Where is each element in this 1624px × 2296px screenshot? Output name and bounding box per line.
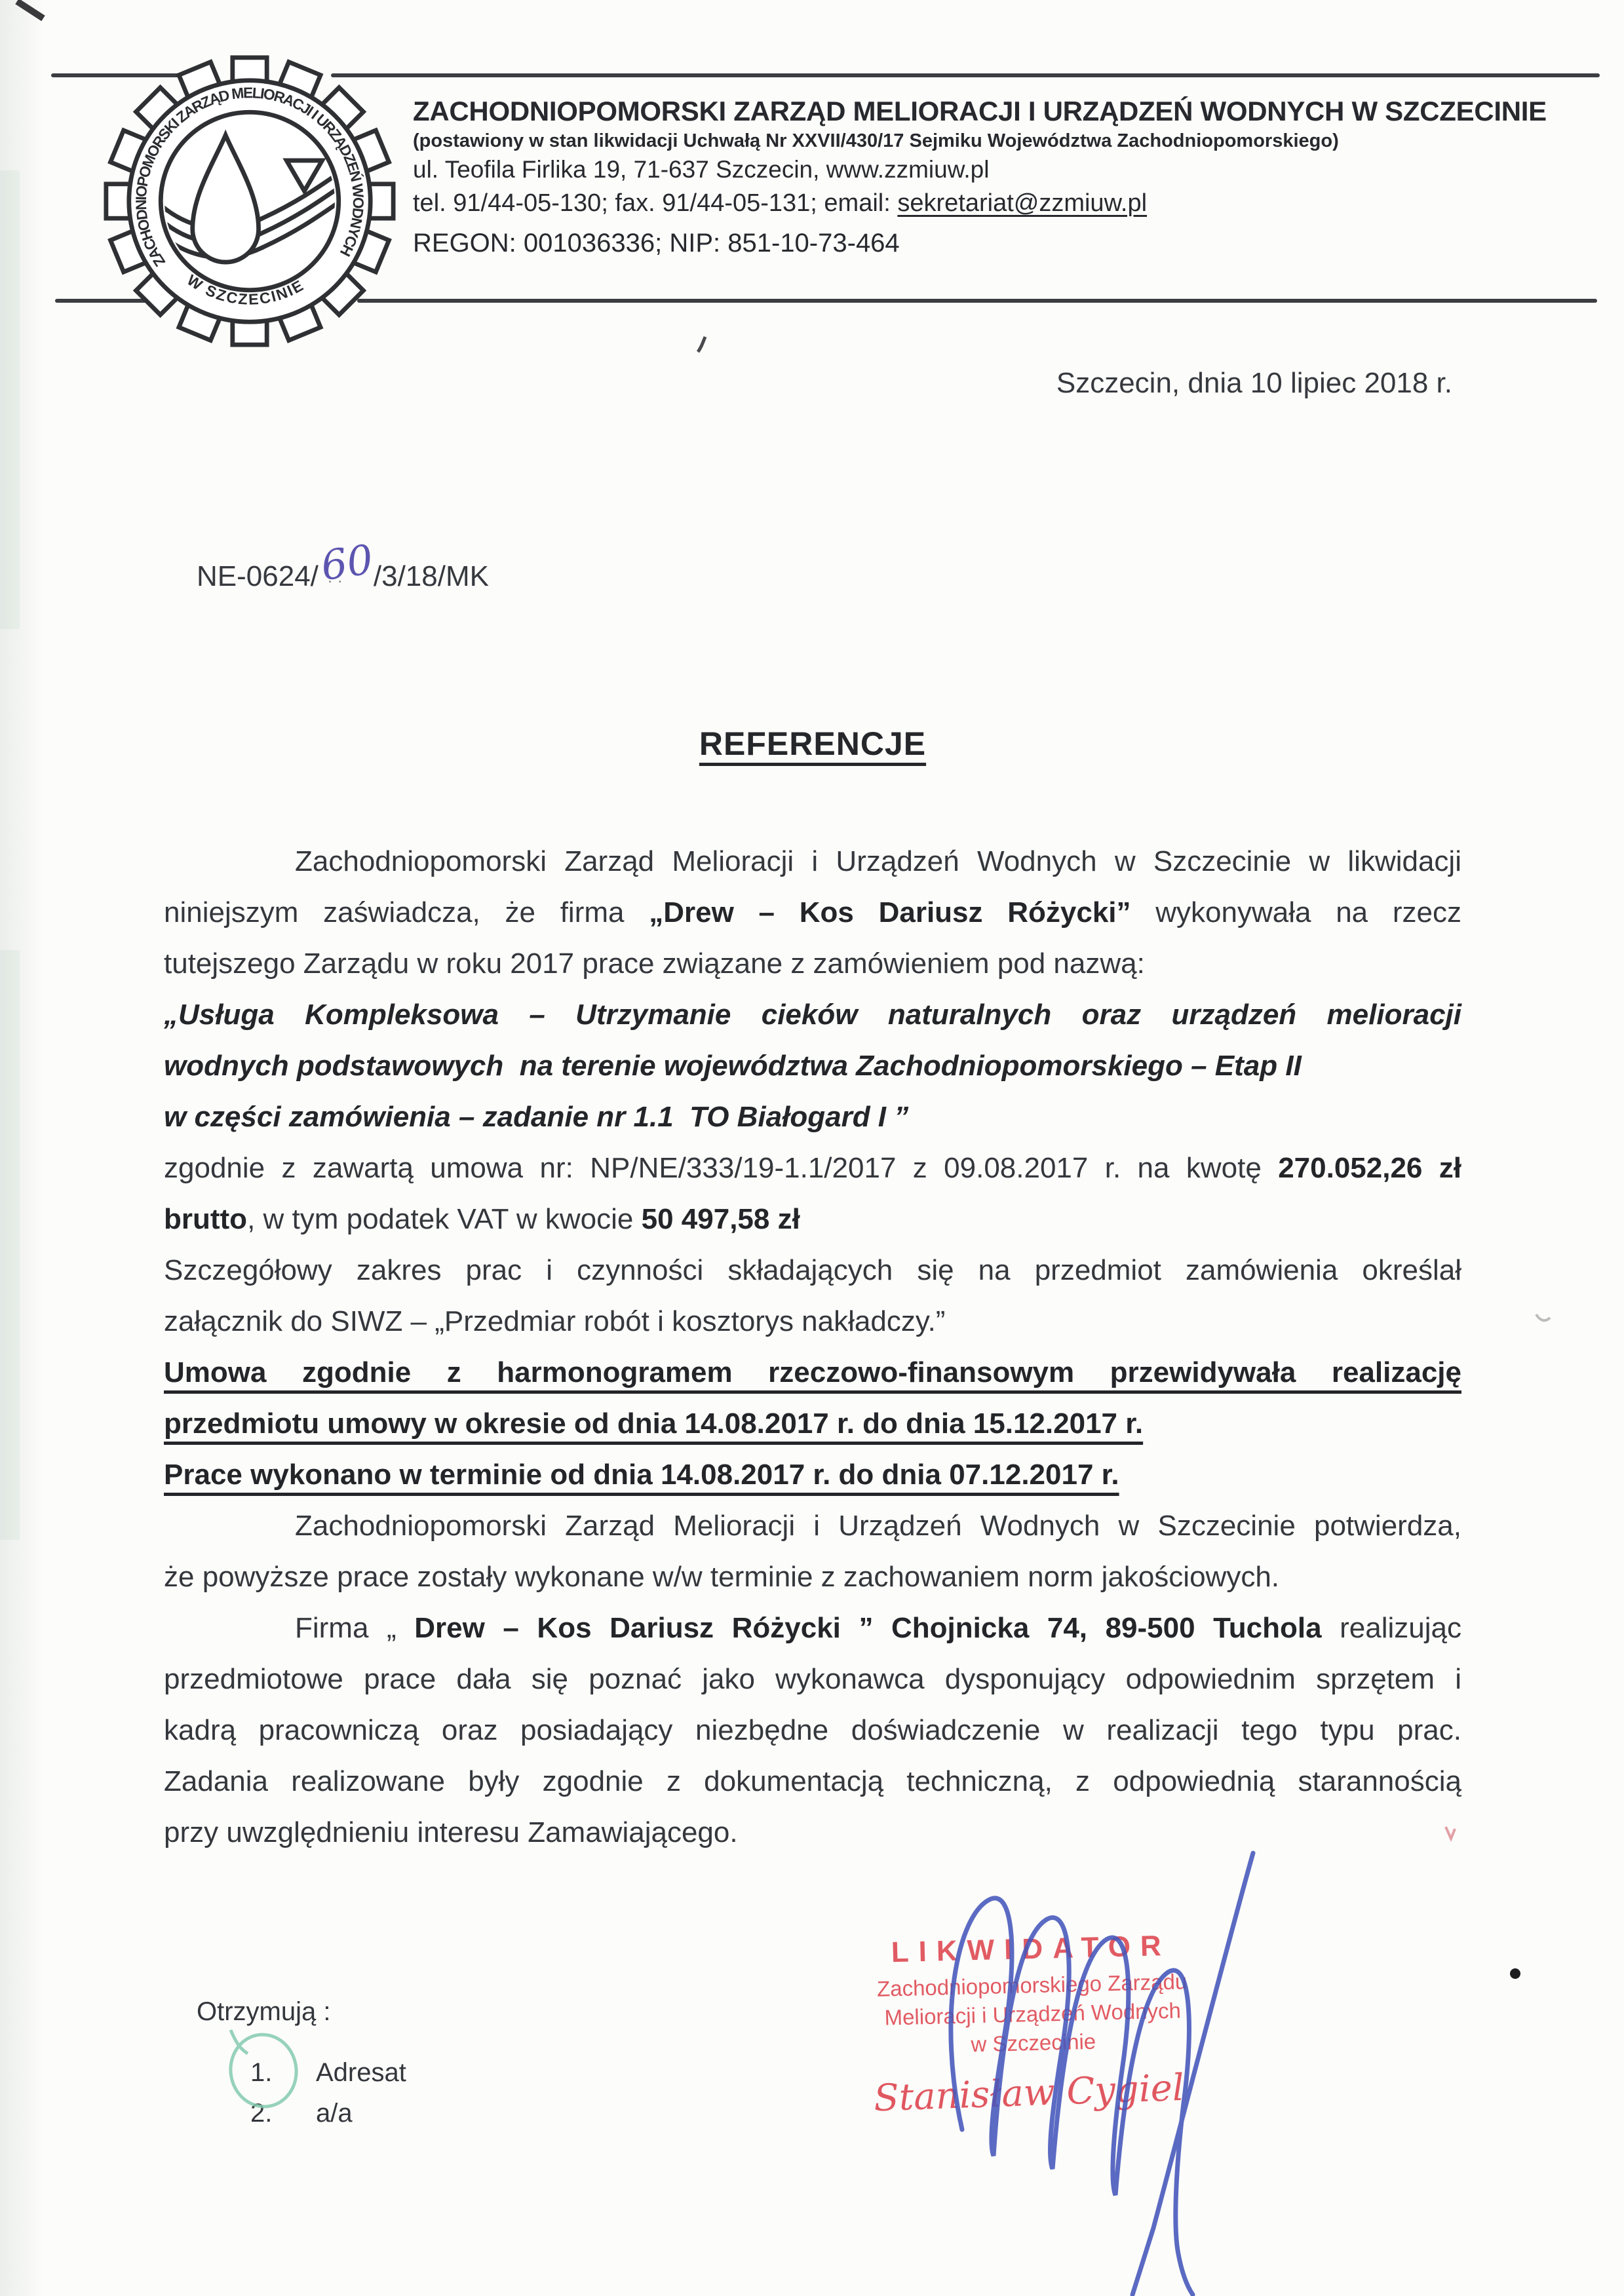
org-status-line: (postawiony w stan likwidacji Uchwałą Nr… (413, 130, 1339, 152)
body-text-segment: wykonywała na rzecz (1131, 896, 1461, 928)
body-line: że powyższe prace zostały wykonane w/w t… (164, 1552, 1461, 1603)
body-line: „Usługa Kompleksowa – Utrzymanie cieków … (164, 989, 1461, 1041)
body-text-segment: że powyższe prace zostały wykonane w/w t… (164, 1561, 1279, 1593)
body-text-segment: Zachodniopomorski Zarząd Melioracji i Ur… (295, 845, 1461, 877)
letter-body: Zachodniopomorski Zarząd Melioracji i Ur… (164, 836, 1461, 1858)
body-line: przedmiotu umowy w okresie od dnia 14.08… (164, 1398, 1461, 1449)
body-line: w części zamówienia – zadanie nr 1.1 TO … (164, 1092, 1461, 1143)
distribution-item: 1.Adresat (250, 2052, 406, 2093)
org-address: ul. Teofila Firlika 19, 71-637 Szczecin,… (413, 156, 989, 183)
distribution-item-number: 1. (250, 2052, 316, 2093)
distribution-item-text: a/a (316, 2093, 353, 2133)
body-text-segment: „Usługa Kompleksowa – Utrzymanie cieków … (164, 999, 1461, 1031)
stamp-signatory-name: Stanisław Cygiel (805, 2064, 1252, 2122)
body-text-segment: zgodnie z zawartą umowa nr: NP/NE/333/19… (164, 1152, 1278, 1184)
org-phone-fax: tel. 91/44-05-130; fax. 91/44-05-131; em… (413, 189, 897, 217)
letterhead-bottom-rule (357, 299, 1597, 303)
organization-logo-gear-waterdrop-icon: ZACHODNIOPOMORSKI ZARZĄD MELIORACJI I UR… (104, 55, 396, 347)
distribution-item: 2.a/a (250, 2093, 406, 2133)
distribution-list: 1.Adresat2.a/a (250, 2052, 406, 2133)
body-line: tutejszego Zarządu w roku 2017 prace zwi… (164, 938, 1461, 989)
body-text-segment: Zachodniopomorski Zarząd Melioracji i Ur… (295, 1510, 1461, 1542)
org-email: sekretariat@zzmiuw.pl (897, 189, 1147, 217)
body-line: kadrą pracowniczą oraz posiadający niezb… (164, 1705, 1461, 1756)
body-text-segment: Zadania realizowane były zgodnie z dokum… (164, 1765, 1461, 1797)
distribution-label: Otrzymują : (197, 1997, 330, 2027)
body-line: Szczegółowy zakres prac i czynności skła… (164, 1245, 1461, 1296)
body-line: Prace wykonano w terminie od dnia 14.08.… (164, 1449, 1461, 1501)
letterhead-top-rule (331, 73, 1600, 77)
body-text-segment: przy uwzględnieniu interesu Zamawiająceg… (164, 1816, 738, 1848)
document-title: REFERENCJE (164, 725, 1461, 763)
body-text-segment: przedmiotowe prace dała się poznać jako … (164, 1663, 1461, 1695)
body-text-segment: tutejszego Zarządu w roku 2017 prace zwi… (164, 947, 1145, 980)
scan-smudge (0, 170, 20, 629)
body-text-segment: Drew – Kos Dariusz Różycki ” Chojnicka 7… (414, 1612, 1321, 1644)
body-line: brutto, w tym podatek VAT w kwocie 50 49… (164, 1194, 1461, 1245)
body-text-segment: Umowa zgodnie z harmonogramem rzeczowo-f… (164, 1356, 1461, 1388)
body-line: zgodnie z zawartą umowa nr: NP/NE/333/19… (164, 1143, 1461, 1194)
gray-speck (1536, 1314, 1550, 1320)
body-line: Firma „ Drew – Kos Dariusz Różycki ” Cho… (164, 1603, 1461, 1654)
body-text-segment: Prace wykonano w terminie od dnia 14.08.… (164, 1459, 1119, 1491)
handwritten-number: ..60 (319, 550, 374, 586)
body-line: Zachodniopomorski Zarząd Melioracji i Ur… (164, 1501, 1461, 1552)
body-text-segment: „Drew – Kos Dariusz Różycki” (649, 896, 1131, 928)
body-line: Umowa zgodnie z harmonogramem rzeczowo-f… (164, 1347, 1461, 1398)
body-text-segment: realizując (1322, 1612, 1461, 1644)
body-line: przedmiotowe prace dała się poznać jako … (164, 1654, 1461, 1705)
distribution-item-number: 2. (250, 2093, 316, 2133)
stamp-role: LIKWIDATOR (815, 1928, 1248, 1971)
apostrophe-speck (698, 337, 705, 352)
scan-smudge (0, 950, 20, 1540)
date-line: Szczecin, dnia 10 lipiec 2018 r. (786, 367, 1452, 400)
body-text-segment: , w tym podatek VAT w kwocie (247, 1203, 642, 1235)
body-text-segment: 270.052,26 zł (1278, 1152, 1461, 1184)
body-line: niniejszym zaświadcza, że firma „Drew – … (164, 887, 1461, 938)
body-line: załącznik do SIWZ – „Przedmiar robót i k… (164, 1296, 1461, 1347)
reference-prefix: NE-0624/ (197, 560, 319, 592)
org-regon-nip: REGON: 001036336; NIP: 851-10-73-464 (413, 229, 900, 258)
body-text-segment: załącznik do SIWZ – „Przedmiar robót i k… (164, 1305, 945, 1337)
body-text-segment: brutto (164, 1203, 247, 1235)
scanned-letter-page: { "colors": { "ink": "#33363b", "stamp_r… (0, 0, 1624, 2296)
liquidator-stamp: LIKWIDATOR Zachodniopomorskiego Zarządu … (815, 1928, 1250, 2063)
body-line: wodnych podstawowych na terenie wojewódz… (164, 1041, 1461, 1092)
body-line: Zadania realizowane były zgodnie z dokum… (164, 1756, 1461, 1807)
body-text-segment: wodnych podstawowych na terenie wojewódz… (164, 1050, 1302, 1082)
body-line: przy uwzględnieniu interesu Zamawiająceg… (164, 1807, 1461, 1858)
body-text-segment: Szczegółowy zakres prac i czynności skła… (164, 1254, 1461, 1286)
body-text-segment: przedmiotu umowy w okresie od dnia 14.08… (164, 1407, 1143, 1440)
body-text-segment: w części zamówienia – zadanie nr 1.1 TO … (164, 1101, 908, 1133)
org-contact-line: tel. 91/44-05-130; fax. 91/44-05-131; em… (413, 189, 1147, 218)
body-text-segment: kadrą pracowniczą oraz posiadający niezb… (164, 1714, 1461, 1746)
reference-number: NE-0624/..60/3/18/MK (197, 550, 489, 593)
ink-dot-speck (1510, 1968, 1520, 1979)
body-text-segment: 50 497,58 zł (642, 1203, 800, 1235)
reference-suffix: /3/18/MK (374, 560, 489, 592)
body-text-segment: Firma „ (295, 1612, 414, 1644)
distribution-item-text: Adresat (316, 2052, 406, 2093)
body-line: Zachodniopomorski Zarząd Melioracji i Ur… (164, 836, 1461, 887)
body-text-segment: niniejszym zaświadcza, że firma (164, 896, 649, 928)
org-name: ZACHODNIOPOMORSKI ZARZĄD MELIORACJI I UR… (413, 96, 1547, 127)
